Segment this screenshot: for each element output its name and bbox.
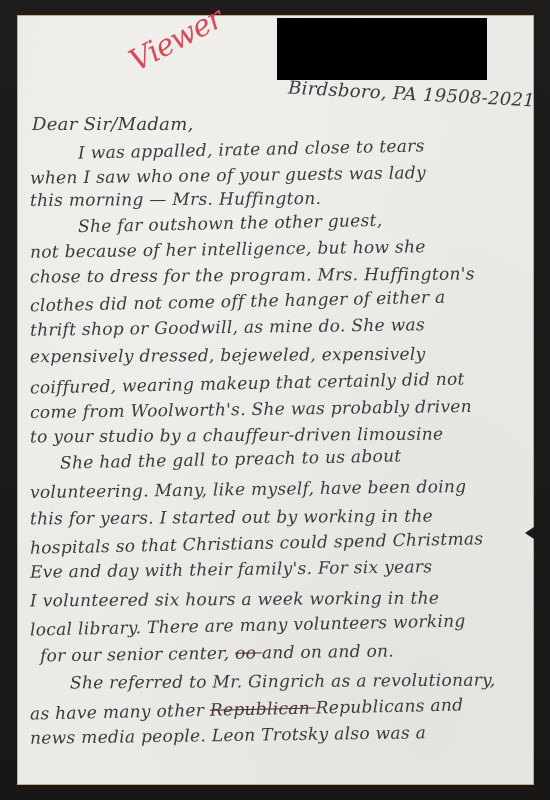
letter-line: expensively dressed, bejeweled, expensiv… <box>30 345 426 368</box>
salutation: Dear Sir/Madam, <box>32 114 194 135</box>
letter-line: She referred to Mr. Gingrich as a revolu… <box>70 671 496 694</box>
struck-word: oo <box>235 643 262 663</box>
page-tab-marker <box>525 527 534 539</box>
letter-line: this for years. I started out by working… <box>30 507 433 530</box>
letter-line: I volunteered six hours a week working i… <box>30 589 439 612</box>
letter-line: this morning — Mrs. Huffington. <box>30 189 321 211</box>
redaction-block <box>277 18 487 80</box>
letter-line: to your studio by a chauffeur-driven lim… <box>30 425 443 448</box>
letter-line: chose to dress for the program. Mrs. Huf… <box>30 264 475 287</box>
struck-word: Republican <box>210 699 316 721</box>
